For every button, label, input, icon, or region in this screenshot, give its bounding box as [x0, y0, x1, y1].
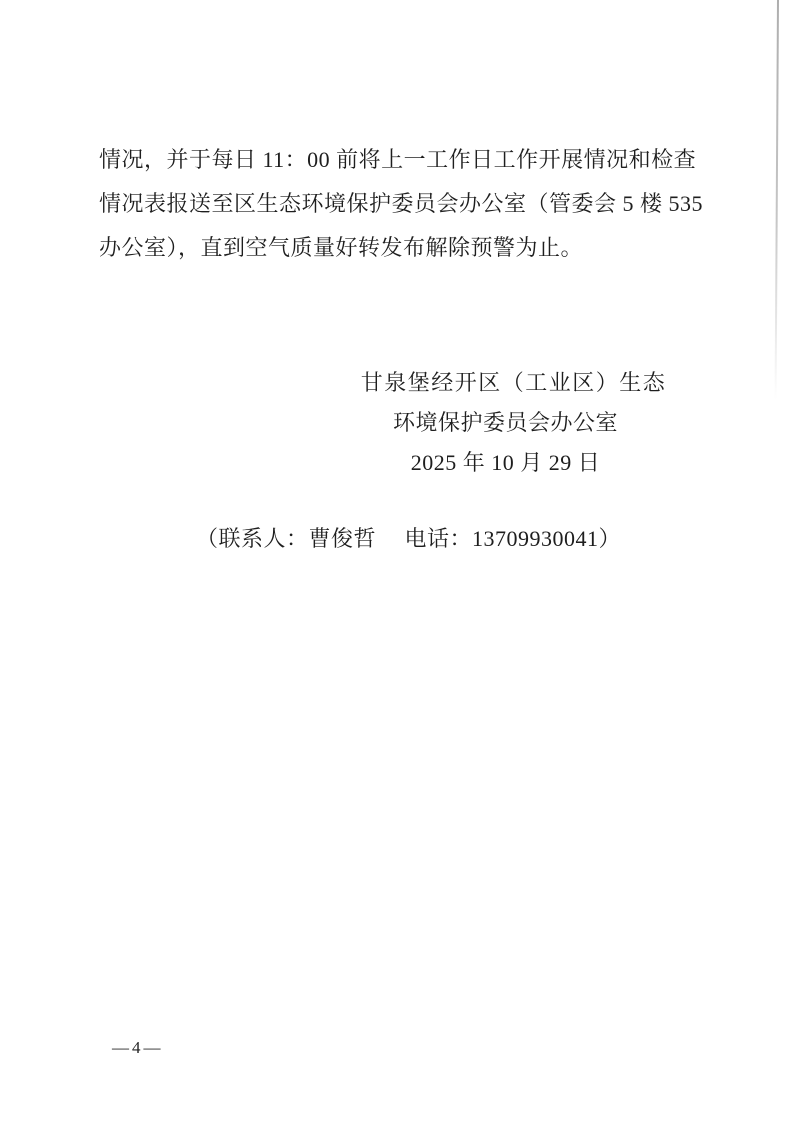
document-page: 情况，并于每日 11：00 前将上一工作日工作开展情况和检查 情况表报送至区生态… — [0, 0, 793, 1122]
signature-block: 甘泉堡经开区（工业区）生态 环境保护委员会办公室 2025 年 10 月 29 … — [313, 363, 698, 483]
paragraph-line-2: 情况表报送至区生态环境保护委员会办公室（管委会 5 楼 535 — [99, 182, 739, 226]
scan-edge-artifact — [775, 0, 779, 400]
body-paragraph: 情况，并于每日 11：00 前将上一工作日工作开展情况和检查 情况表报送至区生态… — [99, 138, 739, 270]
signature-org-line-2: 环境保护委员会办公室 — [313, 403, 698, 443]
page-number: —4— — [112, 1038, 164, 1058]
paragraph-line-1: 情况，并于每日 11：00 前将上一工作日工作开展情况和检查 — [99, 138, 739, 182]
signature-org-line-1: 甘泉堡经开区（工业区）生态 — [321, 363, 706, 403]
paragraph-line-3: 办公室），直到空气质量好转发布解除预警为止。 — [99, 226, 739, 270]
signature-date: 2025 年 10 月 29 日 — [313, 443, 698, 483]
contact-line: （联系人：曹俊哲 电话：13709930041） — [196, 523, 621, 555]
